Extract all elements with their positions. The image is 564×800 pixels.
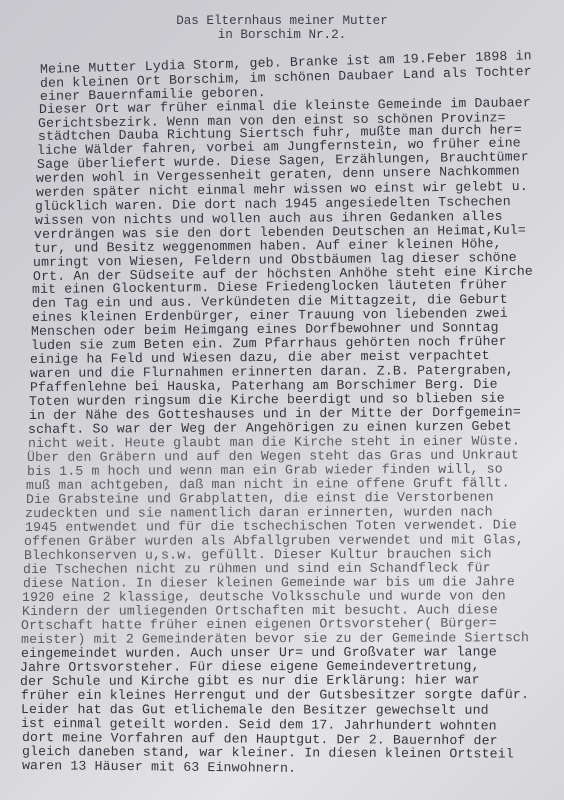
text-line: waren 13 Häuser mit 63 Einwohnern. [22, 758, 296, 776]
document-title-line-2: in Borschim Nr.2. [0, 28, 564, 42]
document-title-line-1: Das Elternhaus meiner Mutter [0, 14, 564, 28]
typewritten-page: Das Elternhaus meiner Mutter in Borschim… [0, 0, 564, 800]
text-line: früher ein kleines Herrengut und der Gut… [21, 687, 529, 703]
